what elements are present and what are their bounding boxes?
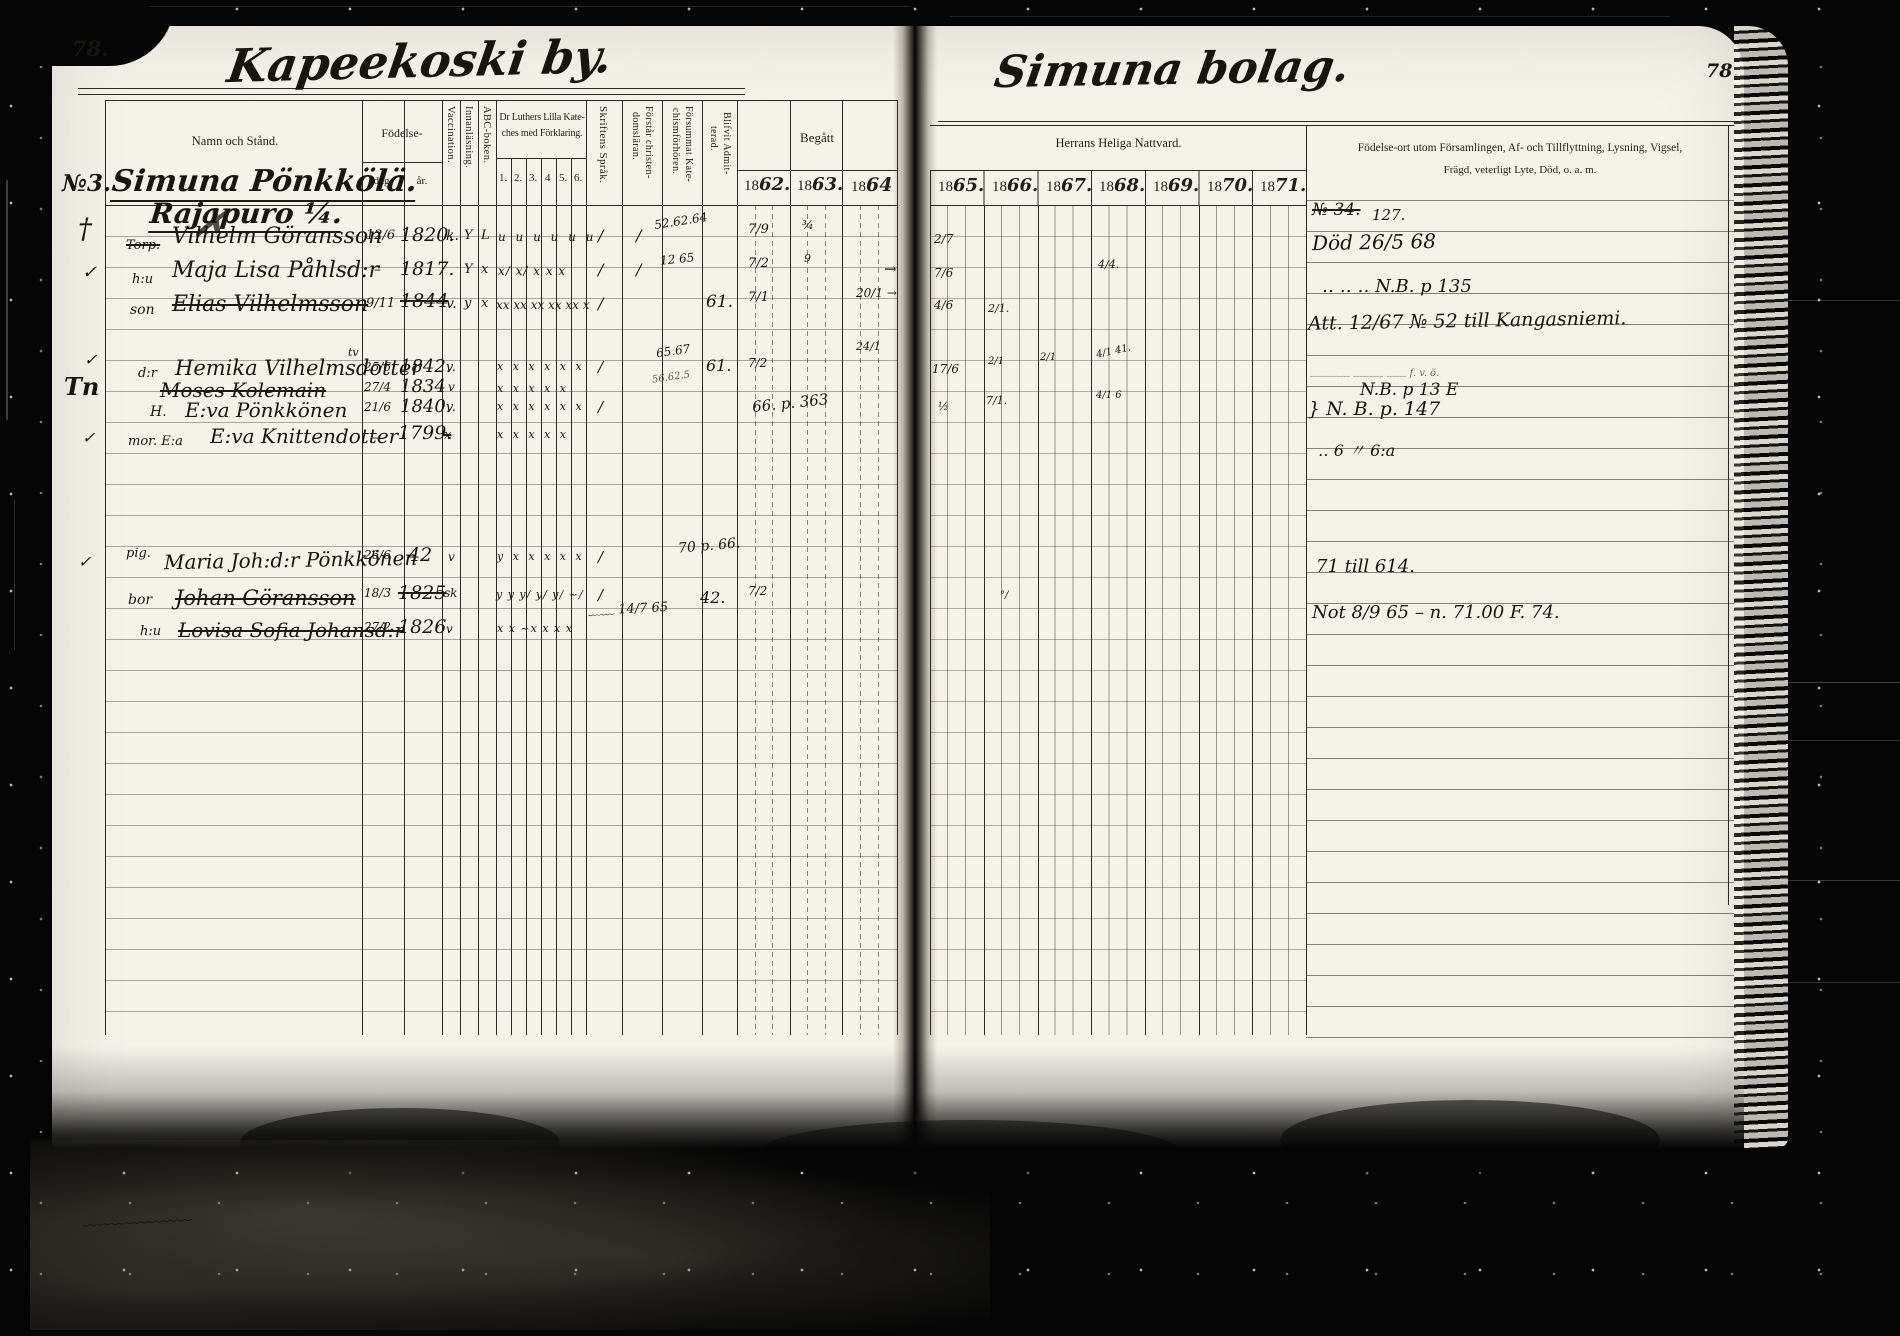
bottom-scribble: ﹏﹏﹏﹏﹏ [81, 1195, 192, 1232]
torn-page-edge [1734, 26, 1788, 1148]
entry-name: Maja Lisa Påhlsd:r [172, 258, 379, 283]
column-header-birth: Födelse- [362, 126, 442, 141]
entry-scripture-mark: / [598, 260, 603, 279]
group-number: №3. [62, 170, 111, 197]
column-header-missed-line2: chismförhören. [670, 108, 681, 204]
entry-prefix: mor. E:a [128, 434, 183, 449]
column-header-committed: Begått [737, 130, 897, 146]
column-header-admitted-line2: terad. [708, 126, 719, 216]
entry-prefix: h:u [140, 624, 161, 639]
year-print: 18 [1153, 179, 1168, 195]
entry-birth-year: 1842. [400, 356, 452, 377]
entry-name: E:va Pönkkönen [185, 398, 347, 422]
rule-line [930, 205, 1307, 206]
entry-abc: x [481, 296, 488, 311]
entry-admitted: 61. [706, 356, 731, 375]
scan-scratch [950, 16, 1670, 17]
year-print: 18 [744, 178, 759, 194]
note-faint: ﹏﹏﹏﹏ ﹏﹏﹏ ﹏﹏ f. v. ö. [1310, 364, 1439, 379]
village-title-right: Simuna bolag. [991, 41, 1353, 98]
entry-birth-day: – [374, 262, 381, 278]
notes-header-line2: Frägd, veterligt Lyte, Död, o. a. m. [1312, 164, 1728, 176]
column-header-understands-line1: Förstår christen- [643, 106, 654, 202]
entry-catechism-marks: x x x x x x [497, 400, 585, 413]
scan-scratch [1775, 300, 1900, 301]
year-script: 63. [812, 174, 843, 195]
entry-vaccination: v. [446, 400, 456, 415]
entry-catechism-marks: x/ x/ x x x [498, 264, 566, 278]
rule-line [930, 125, 1735, 126]
entry-reading: Y [464, 262, 473, 277]
year-header-1869: 1869. [1153, 175, 1199, 196]
entry-birth-year: 42 [408, 544, 432, 566]
entry-birth-year: 1844 [400, 290, 448, 312]
scan-scratch [1770, 982, 1900, 983]
entry-1865: ½ [938, 400, 949, 413]
year-script: 71. [1275, 175, 1306, 196]
entry-reading: Y [464, 228, 473, 243]
entry-birth-day: 26/6 [364, 548, 391, 562]
note: } N. B. p. 147 [1308, 398, 1440, 420]
scan-smudge [30, 1140, 990, 1330]
entry-prefix: bor [128, 592, 152, 608]
entry-catechism-marks: xx xx xx xx xx x [496, 298, 590, 312]
entry-birth-year: 1834 [400, 376, 446, 397]
year-script: 68. [1114, 175, 1145, 196]
entry-1862: 7/9 [748, 222, 769, 237]
entry-birth-year: 1817. [400, 258, 454, 280]
entry-scripture-mark: / [598, 398, 603, 416]
entry-birth-day: 18/3 [364, 586, 391, 600]
rule-line [362, 162, 442, 163]
entry-vaccination: v [448, 550, 455, 564]
catechism-subcol-5: 5. [559, 172, 567, 184]
title-underline [938, 121, 1738, 122]
entry-scripture-mark: / [598, 294, 603, 313]
year-header-1864: 1864 [851, 174, 892, 196]
entry-prefix: Torp. [126, 238, 160, 253]
year-script: 70. [1222, 175, 1253, 196]
entry-1866: 2/1. [988, 302, 1009, 315]
entry-birth-day: 27/2 [364, 620, 391, 634]
entry-abc: x [481, 262, 488, 277]
entry-1866: 2/1 [988, 356, 1004, 367]
scan-scratch [6, 180, 8, 420]
entry-admitted: 61. [706, 292, 733, 312]
column-header-reading: Innanläsning. [463, 106, 474, 202]
entry-birth-year: 1825 [398, 582, 446, 604]
year-print: 18 [851, 179, 866, 195]
entry-1862: 7/2 [748, 356, 767, 370]
column-header-catechism-line2: ches med Förklaring. [492, 128, 592, 139]
crossout-mark: ✗ [189, 196, 233, 252]
column-header-missed-line1: Försummat Kate- [683, 106, 694, 202]
column-header-name: Namn och Stånd. [150, 134, 320, 149]
entry-catechism-marks: x x x x x [497, 428, 569, 441]
rule-line [930, 170, 1307, 171]
column-header-communion: Herrans Heliga Nattvard. [930, 136, 1307, 151]
margin-mark: ✓ [84, 350, 97, 369]
column-header-catechism-line1: Dr Luthers Lilla Kate- [492, 112, 592, 123]
year-header-1862: 1862. [744, 174, 790, 195]
entry-1868: 4/1 6 [1096, 390, 1122, 401]
entry-vaccination: v [446, 622, 453, 636]
year-script: 67. [1061, 175, 1092, 196]
year-script: 62. [759, 174, 790, 195]
margin-mark: Tn [64, 372, 99, 401]
year-script: 66. [1007, 175, 1038, 196]
year-print: 18 [992, 179, 1007, 195]
entry-vaccination: v. [446, 296, 457, 312]
year-print: 18 [1207, 179, 1222, 195]
note: 127. [1372, 206, 1405, 224]
year-print: 18 [1260, 179, 1275, 195]
entry-understands-mark: / [636, 226, 641, 245]
note: ‥ 6 〃 6:a [1318, 438, 1395, 461]
catechism-subcol-1: 1. [499, 172, 507, 184]
year-header-1871: 1871. [1260, 175, 1306, 196]
scan-scratch [1772, 740, 1900, 741]
scan-scratch [150, 6, 910, 7]
title-underline [78, 94, 745, 95]
entry-birth-day: 21/6 [364, 400, 391, 414]
entry-name: Elias Vilhelmsson [172, 292, 368, 317]
entry-prefix: H. [150, 404, 167, 420]
entry-catechism-marks: x x ~x x x x [497, 622, 573, 635]
year-print: 18 [1046, 179, 1061, 195]
note: 71 till 614. [1316, 556, 1415, 577]
year-script: 65. [953, 175, 984, 196]
year-header-1870: 1870. [1207, 175, 1253, 196]
entry-1866: °/ [1000, 590, 1008, 601]
entry-abc: L [481, 228, 490, 243]
entry-superscript: tv [348, 346, 359, 359]
entry-catechism-marks: u u u u u u [498, 230, 596, 244]
notes-header-line1: Födelse-ort utom Församlingen, Af- och T… [1312, 142, 1728, 154]
entry-vaccination: x [444, 428, 451, 443]
entry-vaccination: sk [444, 586, 457, 600]
entry-name: E:va Knittendotter [210, 424, 398, 448]
scan-dark-blob [1280, 1100, 1660, 1180]
entry-1862: 7/1 [748, 290, 769, 305]
rule-line [496, 158, 587, 159]
year-print: 18 [938, 179, 953, 195]
entry-vaccination: v [448, 380, 455, 394]
note: Not 8/9 65 – n. 71.00 F. 74. [1312, 602, 1560, 623]
entry-birth-day: – [372, 430, 379, 446]
entry-catechism-marks: y y y/ y/ y/ ~/ [496, 588, 584, 601]
entry-1863: ¾ [802, 218, 814, 232]
note: N.B. p 13 E [1360, 380, 1458, 400]
entry-catechism-marks: x x x x x [497, 382, 569, 395]
entry-1867: 2/1 [1040, 352, 1056, 363]
note: Död 26/5 68 [1312, 229, 1436, 255]
catechism-subcol-6: 6. [574, 172, 582, 184]
entry-name: Johan Göransson [175, 586, 356, 610]
year-header-1866: 1866. [992, 175, 1038, 196]
scan-scratch [14, 500, 15, 650]
entry-catechism-marks: y x x x x x [497, 550, 585, 563]
entry-1864: 20/1 → [856, 286, 897, 300]
year-header-1863: 1863. [797, 174, 843, 195]
entry-birth-year: 1840. [400, 396, 452, 417]
column-header-scripture: Skriftens Språk. [597, 106, 608, 202]
year-print: 18 [797, 178, 812, 194]
year-header-1867: 1867. [1046, 175, 1092, 196]
column-header-understands-line2: domsläran. [630, 112, 641, 208]
entry-scripture-mark: / [598, 226, 603, 245]
year-header-1865: 1865. [938, 175, 984, 196]
entry-vaccination: v. [446, 360, 456, 375]
column-header-abc-book: ABC-boken. [481, 106, 492, 202]
scan-scratch [1770, 682, 1900, 683]
village-title-left: Kapeekoski by. [224, 29, 616, 93]
entry-birth-day: 27/4 [364, 380, 391, 394]
entry-prefix: pig. [126, 546, 151, 561]
margin-mark: ✓ [78, 552, 91, 571]
catechism-subcol-3: 3. [529, 172, 537, 184]
rule-line [105, 100, 898, 101]
note: № 34. [1312, 200, 1361, 220]
entry-1862: 7/2 [748, 584, 767, 598]
entry-understands-mark: / [636, 260, 641, 279]
entry-vaccination: k. [446, 228, 459, 244]
margin-mark: ✓ [82, 428, 95, 447]
entry-reading: y [464, 296, 471, 311]
entry-admitted: 42. [700, 588, 725, 607]
entry-1863: 9 [804, 252, 811, 265]
column-header-vaccination: Vaccination. [445, 106, 456, 202]
entry-birth-day: 9/11 [366, 296, 395, 311]
entry-scripture-mark: / [598, 548, 603, 566]
year-script: 64 [866, 174, 892, 196]
catechism-subcol-2: 2. [514, 172, 522, 184]
year-header-1868: 1868. [1099, 175, 1145, 196]
rule-line [1728, 125, 1729, 905]
column-header-admitted-line1: Blifvit Admit- [721, 112, 732, 202]
year-script: 69. [1168, 175, 1199, 196]
rule-line [737, 170, 898, 171]
entry-catechism-marks: x x x x x x [497, 360, 585, 373]
entry-prefix: h:u [132, 272, 153, 287]
note: ‥ ‥ ‥ N.B. p 135 [1322, 276, 1472, 297]
entry-birth-year: 1826 [398, 616, 446, 638]
entry-1862: 7/2 [748, 256, 769, 271]
catechism-subcol-4: 4 [545, 172, 551, 184]
year-print: 18 [1099, 179, 1114, 195]
entry-scripture-mark: / [598, 358, 603, 376]
entry-birth-day: 25/6 [364, 360, 391, 374]
entry-birth-day: 12/6 [366, 228, 395, 243]
table-body-grid-right [930, 205, 1307, 1035]
scanned-parish-register-spread: 78. 78. Kapeekoski by. Simuna bolag. Nam… [0, 0, 1900, 1336]
margin-mark: † [78, 212, 92, 245]
margin-mark: ✓ [82, 262, 97, 283]
entry-1868: 4/4. [1098, 258, 1119, 271]
entry-prefix: d:r [138, 366, 157, 381]
entry-prefix: son [130, 302, 155, 318]
page-number-left: 78. [72, 36, 109, 61]
entry-1864: 24/1 [856, 340, 881, 353]
book-fold-shadow [893, 26, 937, 1148]
entry-1866: 7/1. [986, 394, 1007, 407]
